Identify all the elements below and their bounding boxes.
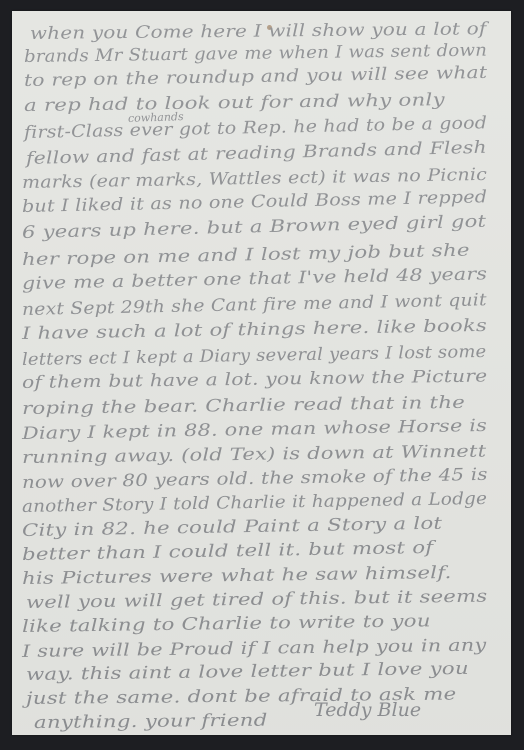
letter-page: when you Come here I will show you a lot… (12, 11, 511, 735)
letter-line: way. this aint a love letter but I love … (26, 659, 469, 685)
letter-line: to rep on the roundup and you will see w… (24, 63, 488, 91)
letter-line: City in 82. he could Paint a Story a lot (22, 514, 443, 541)
letter-line: 6 years up here. but a Brown eyed girl g… (22, 212, 487, 243)
letter-line: give me a better one that I've held 48 y… (22, 264, 488, 294)
letter-line: anything. your friend (34, 711, 268, 733)
letter-line: I sure will be Proud if I can help you i… (22, 636, 487, 662)
letter-line: of them but have a lot. you know the Pic… (22, 367, 488, 393)
letter-line: his Pictures were what he saw himself. (22, 563, 452, 589)
letter-line: I have such a lot of things here. like b… (22, 316, 487, 344)
letter-line: well you will get tired of this. but it … (26, 587, 488, 613)
letter-line: roping the bear. Charlie read that in th… (22, 393, 465, 419)
letter-line: now over 80 years old. the smoke of the … (22, 465, 488, 493)
letter-line: like talking to Charlie to write to you (22, 611, 431, 637)
letter-line: running away. (old Tex) is down at Winne… (22, 442, 487, 468)
letter-body: when you Come here I will show you a lot… (12, 11, 511, 735)
letter-line: a rep had to look out for and why only (24, 90, 445, 116)
letter-line: fellow and fast at reading Brands and Fl… (26, 138, 487, 169)
letter-line: letters ect I kept a Diary several years… (22, 342, 487, 370)
signature: Teddy Blue (314, 699, 421, 721)
letter-line: next Sept 29th she Cant fire me and I wo… (22, 290, 487, 320)
letter-line: when you Come here I will show you a lot… (30, 19, 487, 44)
letter-line: brands Mr Stuart gave me when I was sent… (24, 41, 487, 67)
scan-background: when you Come here I will show you a lot… (0, 0, 524, 750)
letter-line: Diary I kept in 88. one man whose Horse … (22, 416, 487, 444)
letter-line: another Story I told Charlie it happened… (22, 489, 488, 517)
letter-line: better than I could tell it. but most of (22, 538, 434, 565)
